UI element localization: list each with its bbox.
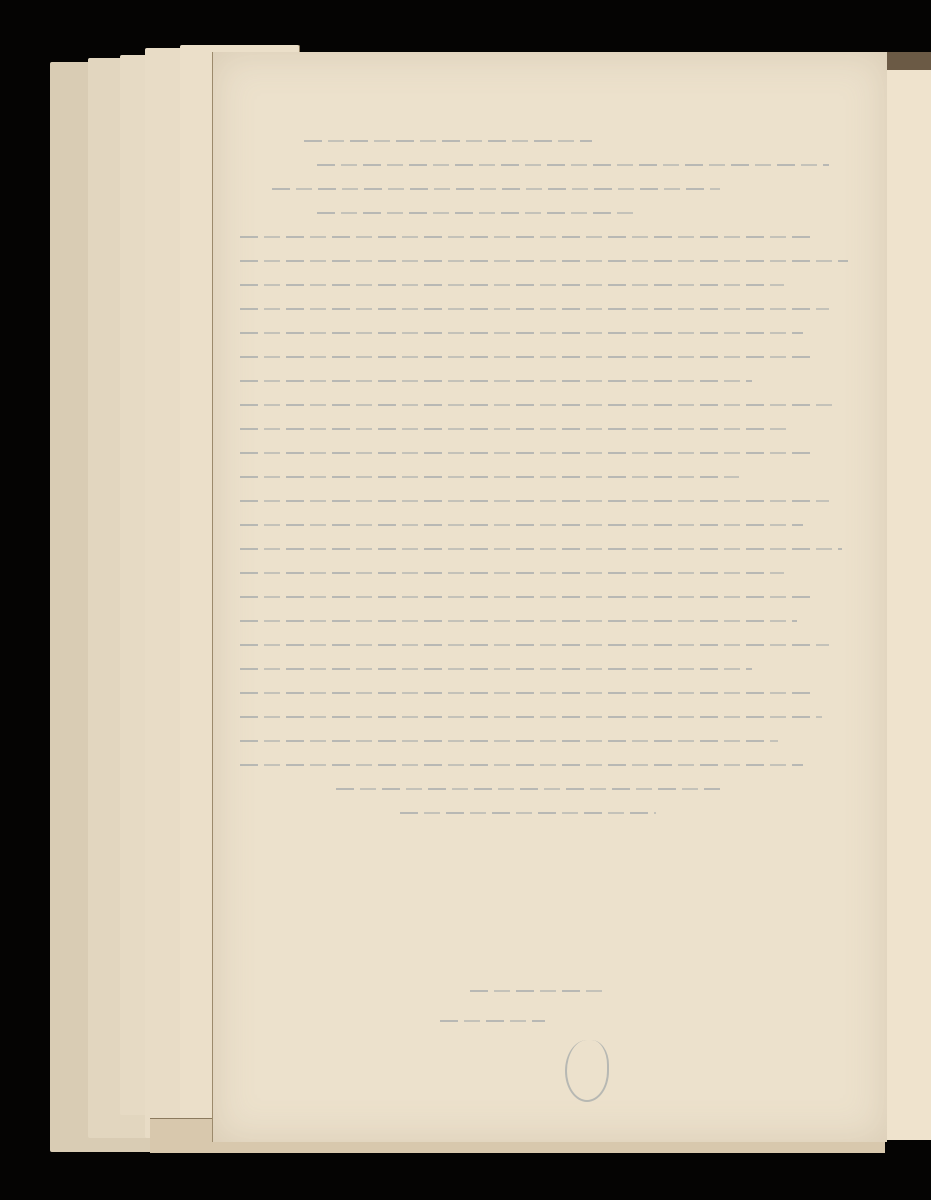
ink-line xyxy=(240,596,816,598)
signature-flourish xyxy=(565,1040,609,1102)
ink-line xyxy=(304,140,592,142)
ink-line xyxy=(240,524,803,526)
ink-line xyxy=(240,548,842,550)
ink-line xyxy=(317,212,637,214)
ink-line xyxy=(240,716,822,718)
ink-line xyxy=(240,692,810,694)
ink-line xyxy=(240,500,829,502)
handwritten-body-text: [illegible handwritten text] xyxy=(240,140,880,960)
ink-line xyxy=(240,380,752,382)
ink-line xyxy=(240,428,790,430)
ink-line xyxy=(240,260,848,262)
ink-line xyxy=(240,764,803,766)
ink-line xyxy=(240,404,835,406)
facing-page: [illegible] xyxy=(880,70,931,1140)
ink-line xyxy=(470,990,605,992)
ink-line xyxy=(240,236,816,238)
ink-line xyxy=(336,788,720,790)
ink-line xyxy=(240,452,816,454)
ink-line xyxy=(240,644,829,646)
ink-line xyxy=(240,356,816,358)
ink-line xyxy=(240,332,803,334)
ink-line xyxy=(240,620,797,622)
ink-line xyxy=(440,1020,545,1022)
ink-line xyxy=(240,668,752,670)
ink-line xyxy=(240,308,829,310)
ink-line xyxy=(400,812,656,814)
ink-line xyxy=(240,476,739,478)
ink-line xyxy=(240,740,778,742)
ink-line xyxy=(272,188,720,190)
ink-line xyxy=(240,284,784,286)
ink-line xyxy=(317,164,829,166)
binding-tab xyxy=(884,52,931,72)
ink-line xyxy=(240,572,784,574)
